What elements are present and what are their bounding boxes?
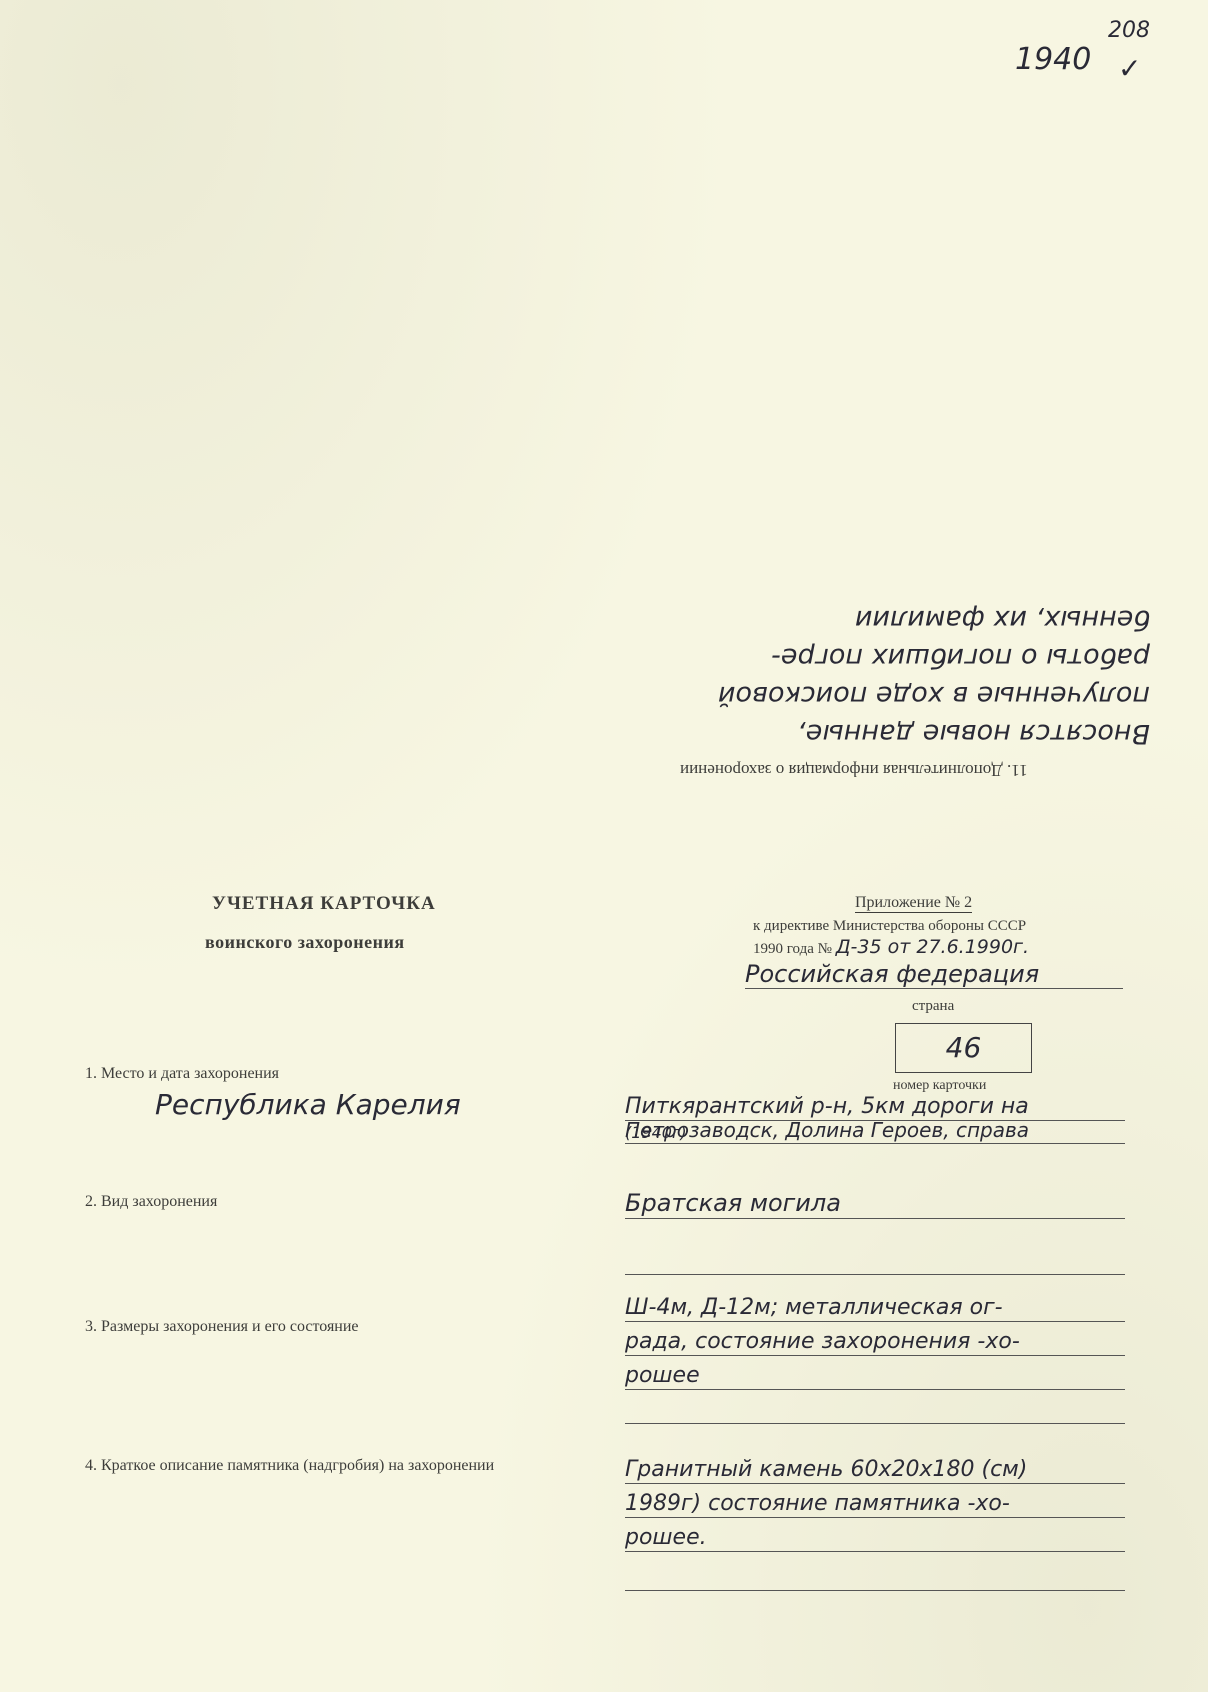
field-1-label: 1. Место и дата захоронения — [85, 1065, 279, 1083]
directive-number-date: Д-35 от 27.6.1990г. — [836, 936, 1029, 958]
additional-info-label: 11. Дополнительная информация о захороне… — [680, 760, 1150, 780]
check-mark-icon: ✓ — [1118, 52, 1141, 85]
additional-info-line: полученные в ходе поисковой — [680, 676, 1150, 714]
additional-info-line: бенных, их фамилии — [680, 600, 1150, 638]
answer-line: Братская могила — [625, 1189, 841, 1217]
field-1-region: Республика Карелия — [155, 1088, 461, 1121]
field-2-answer: Братская могила — [625, 1218, 1125, 1275]
directive-prefix: 1990 года № — [753, 941, 832, 957]
card-title: УЧЕТНАЯ КАРТОЧКА — [212, 893, 436, 915]
answer-line: 1989г) состояние памятника -хо- — [625, 1491, 1010, 1516]
country-value: Российская федерация — [745, 960, 1123, 989]
card-number-label: номер карточки — [893, 1078, 986, 1094]
additional-info-section: Вносятся новые данные, полученные в ходе… — [680, 600, 1150, 752]
answer-line: (1940г) — [625, 1123, 687, 1142]
answer-line: Ш-4м, Д-12м; металлическая ог- — [625, 1295, 1003, 1320]
answer-line: рада, состояние захоронения -хо- — [625, 1329, 1020, 1354]
sheet-number-annotation: 208 — [1108, 18, 1150, 43]
card-number-box: 46 — [895, 1023, 1032, 1073]
card-subtitle: воинского захоронения — [205, 932, 405, 953]
field-3-answer: Ш-4м, Д-12м; металлическая ог- рада, сос… — [625, 1321, 1125, 1424]
card-number: 46 — [896, 1024, 1031, 1072]
field-2-label: 2. Вид захоронения — [85, 1193, 217, 1211]
field-3-label: 3. Размеры захоронения и его состояние — [85, 1318, 359, 1336]
directive-line: к директиве Министерства обороны СССР — [753, 918, 1026, 935]
field-4-answer: Гранитный камень 60х20х180 (см) 1989г) с… — [625, 1483, 1125, 1591]
additional-info-line: работы о погибших погре- — [680, 638, 1150, 676]
field-4-label: 4. Краткое описание памятника (надгробия… — [85, 1457, 580, 1475]
answer-line: Питкярантский р-н, 5км дороги на — [625, 1094, 1029, 1119]
year-annotation: 1940 — [1015, 42, 1091, 77]
field-1-answer: Питкярантский р-н, 5км дороги на Петроза… — [625, 1120, 1125, 1144]
directive-number-line: 1990 года № Д-35 от 27.6.1990г. — [753, 936, 1029, 958]
country-label: страна — [912, 998, 954, 1015]
answer-line: рошее. — [625, 1525, 707, 1550]
answer-line: Гранитный камень 60х20х180 (см) — [625, 1457, 1027, 1482]
answer-line: рошее — [625, 1363, 700, 1388]
appendix-label: Приложение № 2 — [855, 894, 972, 913]
additional-info-line: Вносятся новые данные, — [680, 714, 1150, 752]
